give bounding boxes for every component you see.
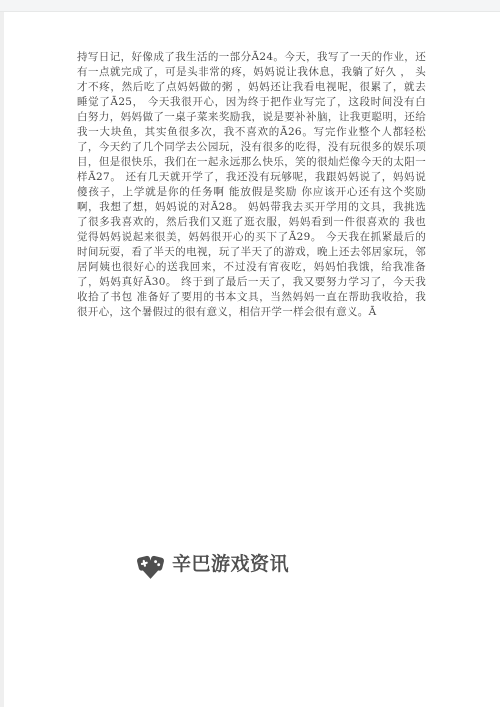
page-top-strip [0, 0, 500, 12]
brand-text: 辛巴游戏资讯 [172, 549, 289, 576]
gamepad-heart-icon [136, 553, 165, 580]
brand-watermark: 辛巴游戏资讯 [136, 549, 289, 576]
article-page: 持写日记，好像成了我生活的一部分Ā24。今天，我写了一天的作业，还有一点就完成了… [0, 0, 500, 707]
page-left-margin-strip [0, 12, 4, 707]
article-paragraph: 持写日记，好像成了我生活的一部分Ā24。今天，我写了一天的作业，还有一点就完成了… [77, 50, 426, 320]
